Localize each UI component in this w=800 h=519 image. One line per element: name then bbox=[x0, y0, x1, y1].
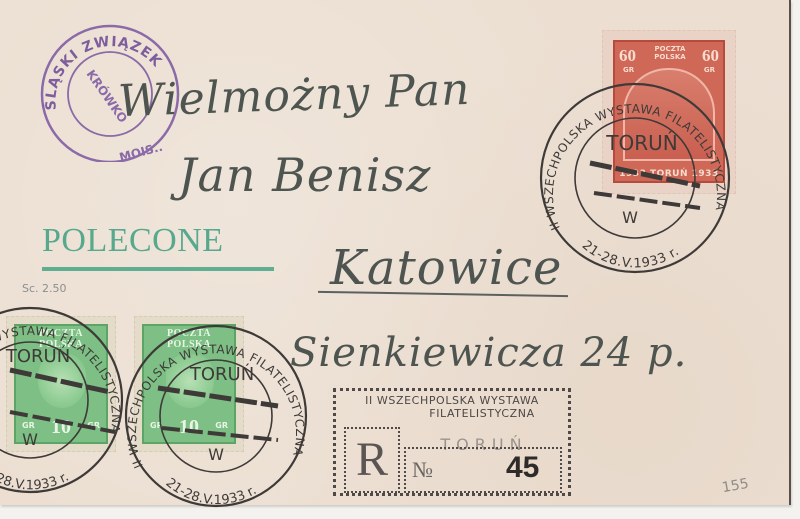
registration-header-line1: II WSZECHPOLSKA WYSTAWA bbox=[342, 394, 562, 407]
registration-number: 45 bbox=[506, 451, 539, 485]
stamp-value-left: 60 bbox=[619, 46, 636, 66]
pencil-corner-note: 155 bbox=[721, 476, 750, 496]
registration-letter: R bbox=[344, 427, 400, 493]
registered-label-rule bbox=[42, 267, 274, 271]
registration-label: II WSZECHPOLSKA WYSTAWA FILATELISTYCZNA … bbox=[333, 388, 571, 496]
registration-header-line2: FILATELISTYCZNA bbox=[342, 407, 562, 420]
postmark-letter: W bbox=[622, 208, 638, 227]
eagle-emblem-icon bbox=[166, 354, 214, 408]
postmark-date: 21-28.V.1933 r. bbox=[163, 475, 260, 508]
address-city: Katowice bbox=[330, 240, 562, 296]
stamp-value-right: 60 bbox=[702, 46, 719, 66]
town-hall-illustration-icon bbox=[623, 68, 715, 161]
registration-number-box: № 45 bbox=[404, 447, 562, 493]
eagle-emblem-icon bbox=[38, 354, 86, 408]
postage-stamp-60gr: 60 60 GR GR POCZTA POLSKA 1933 TORUŃ 193… bbox=[602, 30, 736, 194]
svg-text:21-28.V.1933 r.: 21-28.V.1933 r. bbox=[579, 238, 682, 272]
registered-label: POLECONE bbox=[42, 222, 224, 260]
stamp-title: POCZTA POLSKA bbox=[144, 328, 234, 350]
stamp-unit: GR bbox=[87, 421, 100, 430]
stamp-title: POCZTA POLSKA bbox=[649, 45, 691, 61]
postmark-date: 21-28.V.1933 r. bbox=[0, 460, 71, 494]
svg-text:21-28.V.1933 r.: 21-28.V.1933 r. bbox=[163, 475, 260, 508]
registration-nr-label: № bbox=[412, 457, 433, 483]
postmark-date: 21-28.V.1933 r. bbox=[579, 238, 682, 272]
stamp-unit-left: GR bbox=[623, 66, 634, 74]
envelope: ŚLĄSKI ZWIĄZEK KRÓWKO MOIS.. 60 60 GR GR… bbox=[0, 0, 791, 505]
stamp-unit: GR bbox=[215, 421, 228, 430]
stamp-unit-right: GR bbox=[704, 66, 715, 74]
violet-stamp-bottom-text: MOIS.. bbox=[118, 140, 164, 162]
address-street: Sienkiewicza 24 p. bbox=[290, 330, 687, 376]
svg-text:21-28.V.1933 r.: 21-28.V.1933 r. bbox=[0, 460, 71, 494]
stamp-footer: 1933 TORUŃ 1933 bbox=[615, 169, 723, 179]
stamp-title: POCZTA POLSKA bbox=[16, 328, 106, 350]
address-name: Jan Benisz bbox=[178, 148, 431, 202]
address-salutation: Wielmożny Pan bbox=[117, 64, 471, 127]
postage-stamp-10gr-left: POCZTA POLSKA GR 10 GR bbox=[6, 316, 116, 452]
postage-stamp-10gr-right: POCZTA POLSKA GR 10 GR bbox=[134, 316, 244, 452]
pencil-price-note: Sc. 2.50 bbox=[22, 282, 67, 295]
